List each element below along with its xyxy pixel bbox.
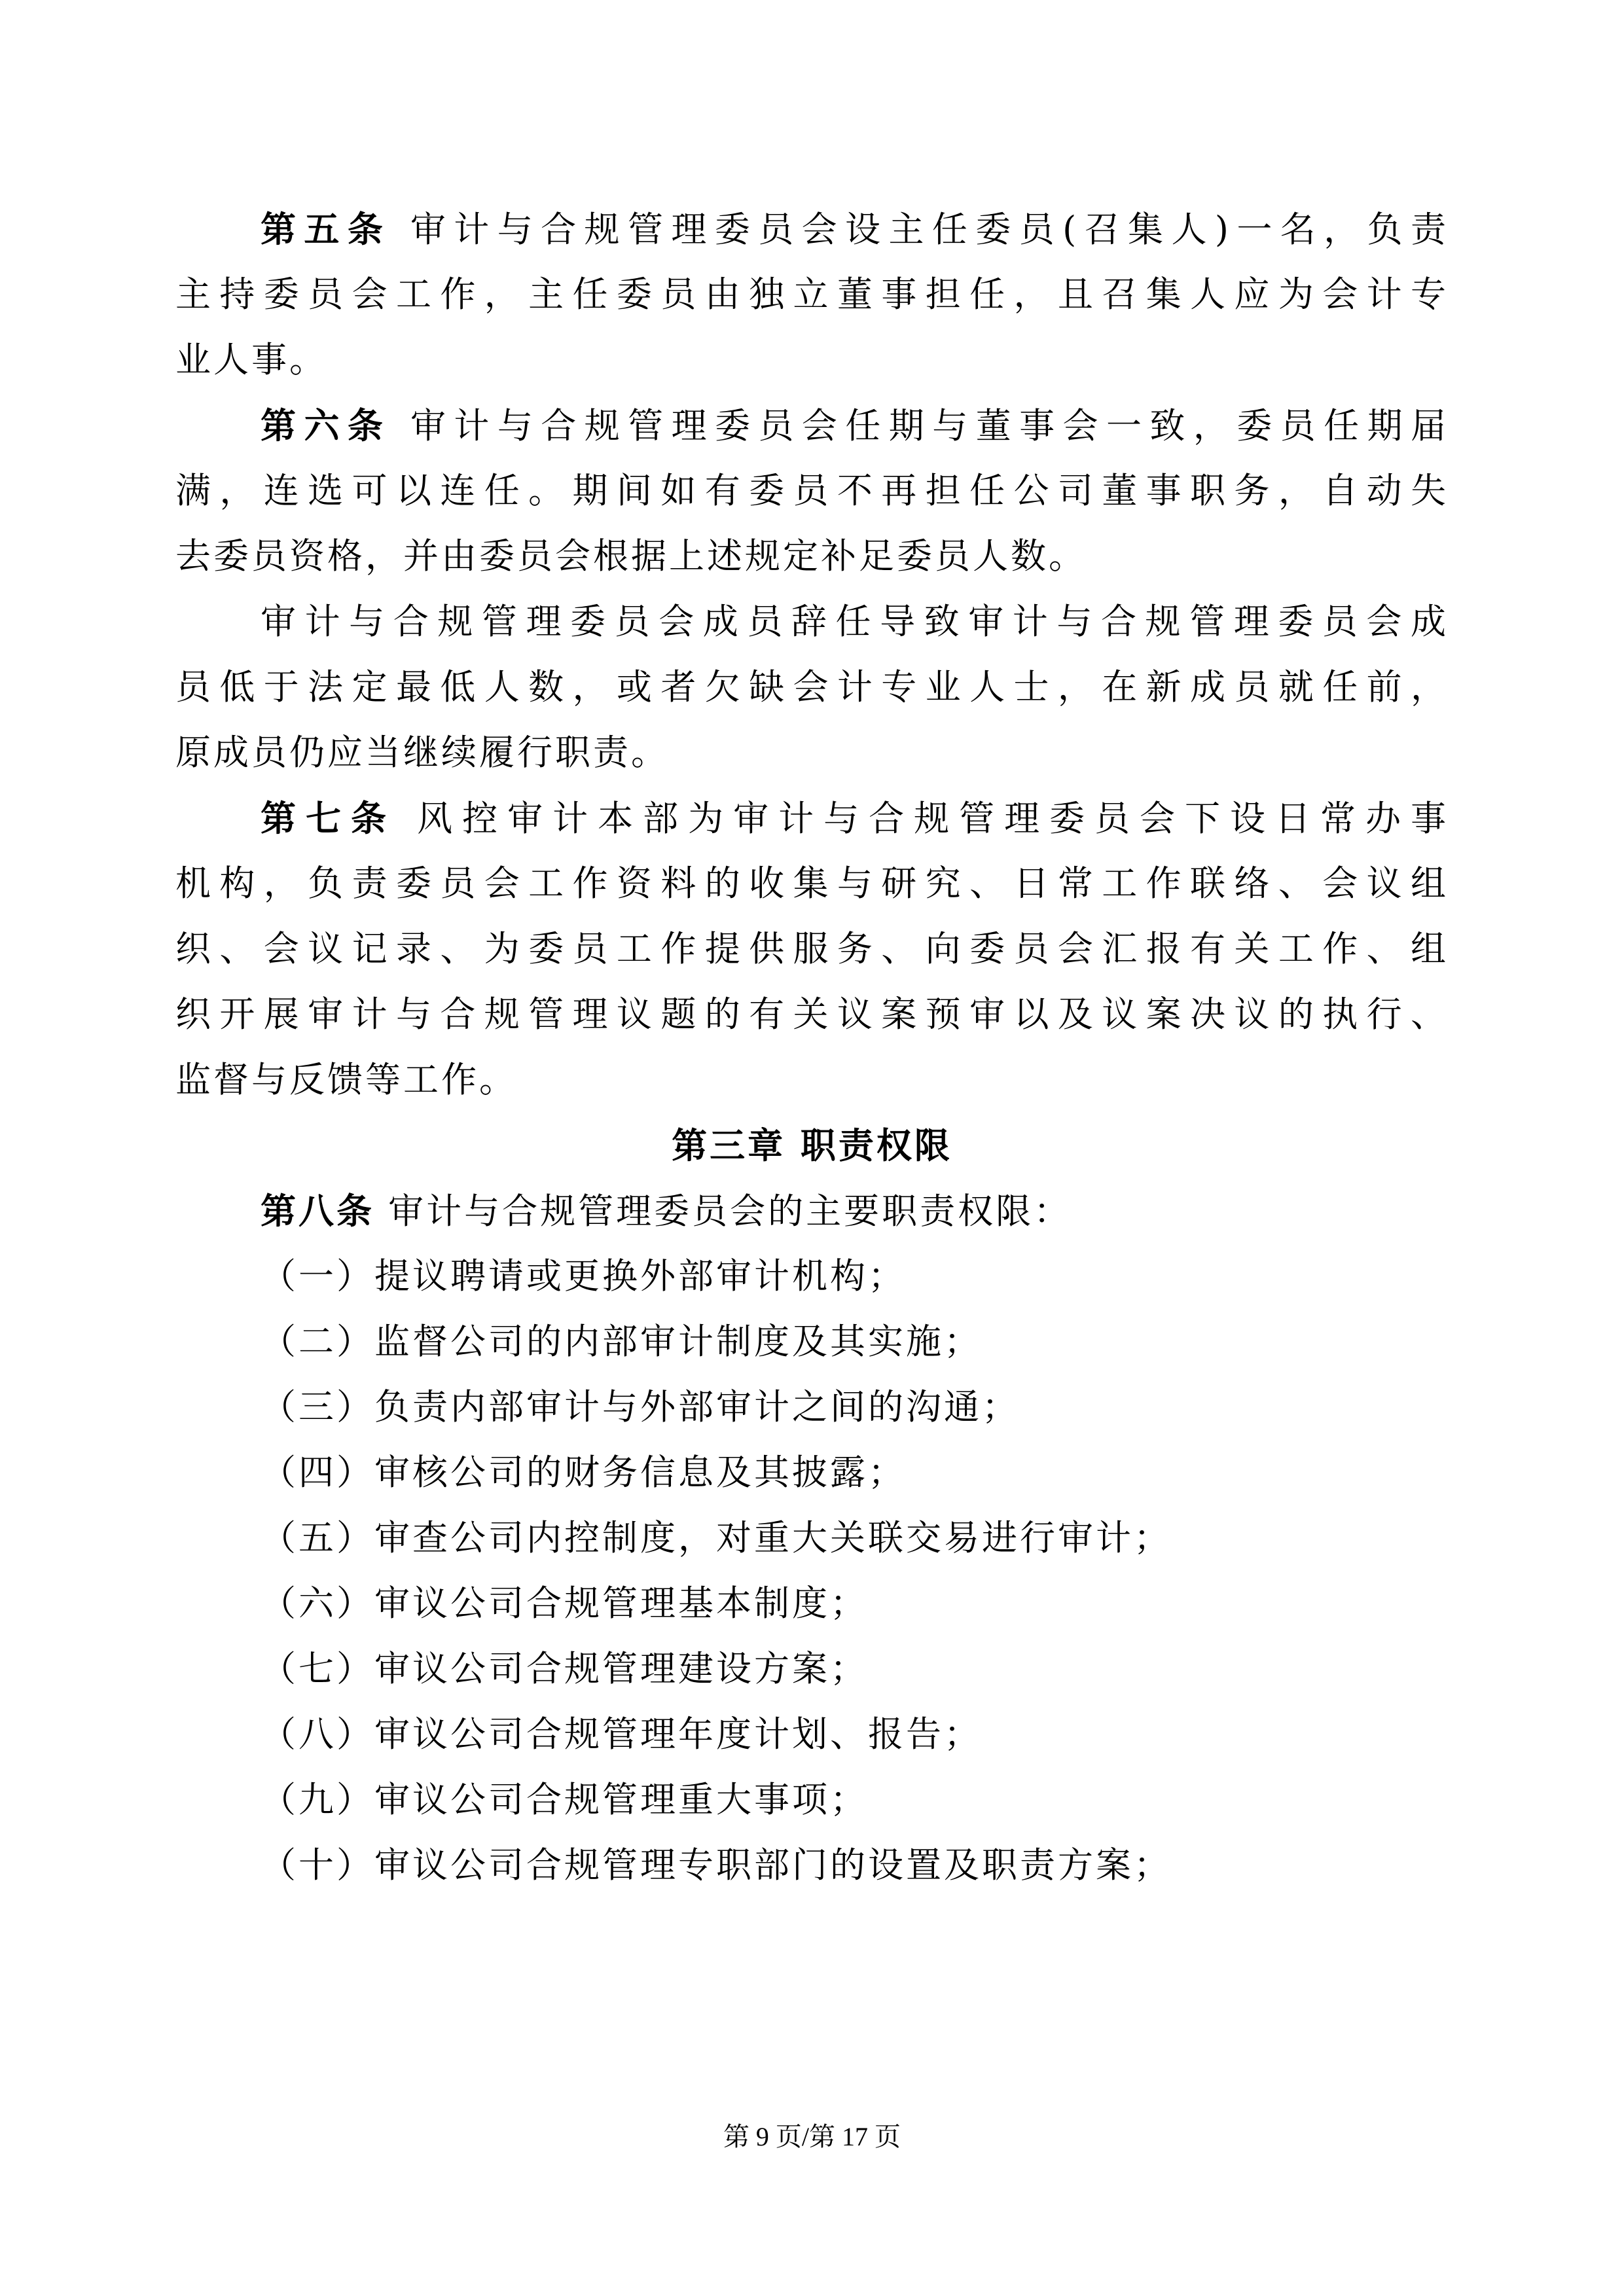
article-7-line-3: 织、会议记录、为委员工作提供服务、向委员会汇报有关工作、组 xyxy=(175,916,1449,982)
article-5-label: 第五条 xyxy=(261,208,391,250)
article-8-label: 第八条 xyxy=(261,1190,374,1232)
document-body: 第五条 审计与合规管理委员会设主任委员(召集人)一名，负责 主持委员会工作，主任… xyxy=(175,196,1449,1898)
page-number-footer: 第 9 页/第 17 页 xyxy=(0,2117,1624,2157)
chapter-heading: 第三章 职责权限 xyxy=(175,1113,1449,1178)
article-6-line-2: 满，连选可以连任。期间如有委员不再担任公司董事职务，自动失 xyxy=(175,458,1449,524)
article-5-line-1: 第五条 审计与合规管理委员会设主任委员(召集人)一名，负责 xyxy=(175,196,1449,262)
article-8-item-6: （六）审议公司合规管理基本制度； xyxy=(175,1571,1449,1636)
article-8-intro-text: 审计与合规管理委员会的主要职责权限： xyxy=(388,1191,1072,1232)
article-8: 第八条 审计与合规管理委员会的主要职责权限： （一）提议聘请或更换外部审计机构；… xyxy=(175,1178,1449,1898)
article-5-text-1: 审计与合规管理委员会设主任委员(召集人)一名，负责 xyxy=(410,209,1449,250)
article-7-line-1: 第七条 风控审计本部为审计与合规管理委员会下设日常办事 xyxy=(175,785,1449,851)
article-8-item-2: （二）监督公司的内部审计制度及其实施； xyxy=(175,1309,1449,1374)
article-6-line-3: 去委员资格，并由委员会根据上述规定补足委员人数。 xyxy=(175,524,1449,589)
article-5-line-3: 业人事。 xyxy=(175,327,1449,393)
article-8-item-5: （五）审查公司内控制度，对重大关联交易进行审计； xyxy=(175,1505,1449,1571)
article-6-p2-line-1: 审计与合规管理委员会成员辞任导致审计与合规管理委员会成 xyxy=(175,589,1449,655)
article-7-line-4: 织开展审计与合规管理议题的有关议案预审以及议案决议的执行、 xyxy=(175,982,1449,1047)
article-8-item-4: （四）审核公司的财务信息及其披露； xyxy=(175,1440,1449,1505)
article-7-label: 第七条 xyxy=(261,797,396,839)
article-6-p2-line-2: 员低于法定最低人数，或者欠缺会计专业人士，在新成员就任前， xyxy=(175,655,1449,720)
article-6: 第六条 审计与合规管理委员会任期与董事会一致，委员任期届 满，连选可以连任。期间… xyxy=(175,393,1449,589)
article-7-text-1: 风控审计本部为审计与合规管理委员会下设日常办事 xyxy=(417,798,1449,839)
article-8-item-7: （七）审议公司合规管理建设方案； xyxy=(175,1636,1449,1702)
article-7: 第七条 风控审计本部为审计与合规管理委员会下设日常办事 机构，负责委员会工作资料… xyxy=(175,785,1449,1113)
article-8-item-3: （三）负责内部审计与外部审计之间的沟通； xyxy=(175,1374,1449,1440)
article-5: 第五条 审计与合规管理委员会设主任委员(召集人)一名，负责 主持委员会工作，主任… xyxy=(175,196,1449,393)
article-8-item-8: （八）审议公司合规管理年度计划、报告； xyxy=(175,1702,1449,1767)
article-8-item-10: （十）审议公司合规管理专职部门的设置及职责方案； xyxy=(175,1833,1449,1898)
article-8-item-1: （一）提议聘请或更换外部审计机构； xyxy=(175,1244,1449,1309)
article-5-line-2: 主持委员会工作，主任委员由独立董事担任，且召集人应为会计专 xyxy=(175,262,1449,327)
article-6-paragraph-2: 审计与合规管理委员会成员辞任导致审计与合规管理委员会成 员低于法定最低人数，或者… xyxy=(175,589,1449,785)
article-8-item-9: （九）审议公司合规管理重大事项； xyxy=(175,1767,1449,1833)
article-6-p2-line-3: 原成员仍应当继续履行职责。 xyxy=(175,720,1449,785)
article-7-line-2: 机构，负责委员会工作资料的收集与研究、日常工作联络、会议组 xyxy=(175,851,1449,916)
document-page: 第五条 审计与合规管理委员会设主任委员(召集人)一名，负责 主持委员会工作，主任… xyxy=(0,0,1624,2296)
article-6-text-1: 审计与合规管理委员会任期与董事会一致，委员任期届 xyxy=(410,405,1449,446)
article-7-line-5: 监督与反馈等工作。 xyxy=(175,1047,1449,1113)
article-8-intro: 第八条 审计与合规管理委员会的主要职责权限： xyxy=(175,1178,1449,1244)
article-6-label: 第六条 xyxy=(261,404,391,446)
article-6-line-1: 第六条 审计与合规管理委员会任期与董事会一致，委员任期届 xyxy=(175,393,1449,458)
